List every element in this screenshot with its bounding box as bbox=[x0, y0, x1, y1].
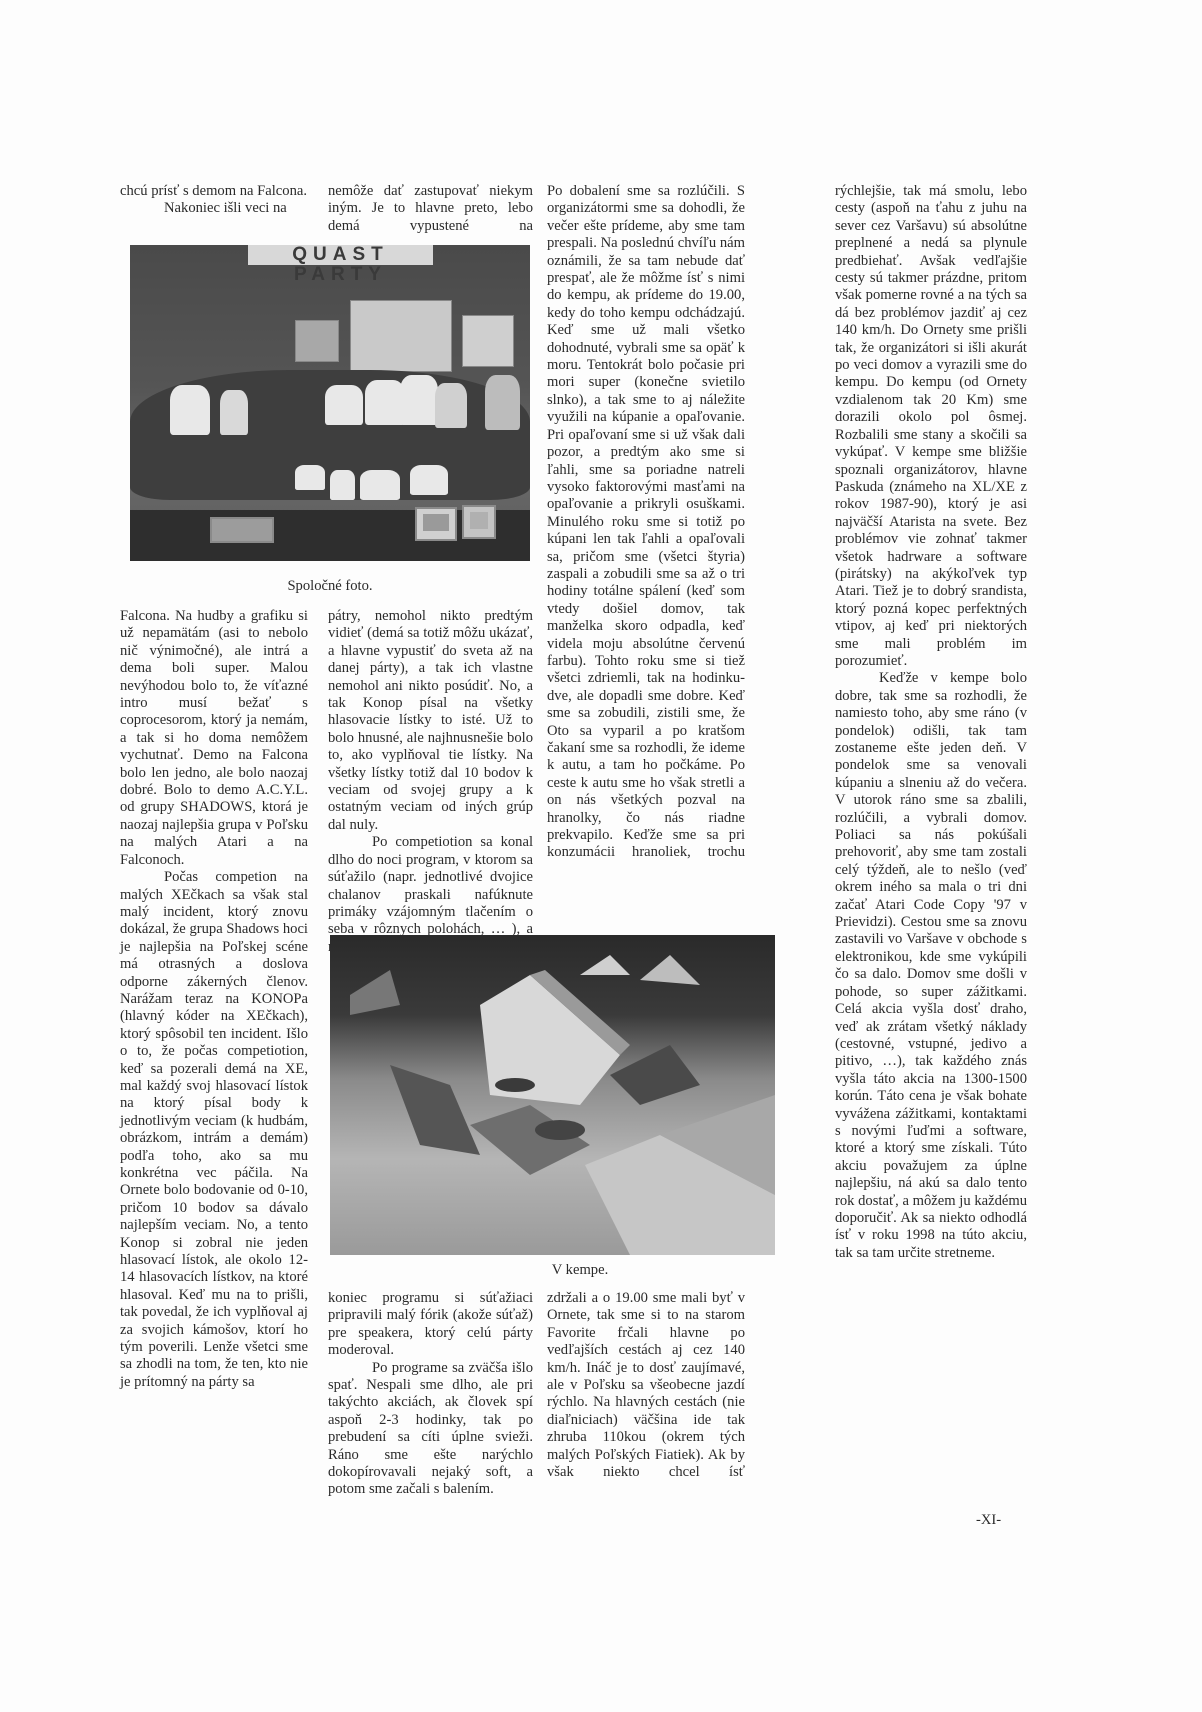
paragraph: chcú prísť s demom na Falcona. bbox=[120, 183, 308, 200]
poster bbox=[295, 320, 339, 362]
person-shirt bbox=[330, 470, 355, 500]
column-2-top: nemôže dať zastupovať niekym iným. Je to… bbox=[328, 183, 533, 235]
person-shirt bbox=[295, 465, 325, 490]
person-shirt bbox=[220, 390, 248, 435]
person-shirt bbox=[365, 380, 405, 425]
column-2-bottom: koniec programu si súťažiaci pripravili … bbox=[328, 1290, 533, 1499]
person-shirt bbox=[435, 383, 467, 428]
person-shirt bbox=[360, 470, 400, 500]
poster bbox=[462, 315, 514, 367]
person-shirt bbox=[170, 385, 210, 435]
person-shirt bbox=[485, 375, 520, 430]
computer-monitor bbox=[415, 507, 457, 541]
column-4: rýchlejšie, tak má smolu, lebo cesty (as… bbox=[835, 183, 1027, 1262]
photo-caption: Spoločné foto. bbox=[130, 578, 530, 595]
campsite-photo bbox=[330, 935, 775, 1255]
column-1: Falcona. Na hudby a grafiku si už nepamä… bbox=[120, 608, 308, 1391]
paragraph: Keďže v kempe bolo dobre, tak sme sa roz… bbox=[835, 670, 1027, 1262]
computer-equipment bbox=[210, 517, 274, 543]
paragraph: Po dobalení sme sa rozlúčili. S organizá… bbox=[547, 183, 745, 862]
paragraph: pátry, nemohol nikto predtým vidieť (dem… bbox=[328, 608, 533, 834]
paragraph: koniec programu si súťažiaci pripravili … bbox=[328, 1290, 533, 1360]
column-1-top: chcú prísť s demom na Falcona. Nakoniec … bbox=[120, 183, 308, 218]
group-photo: QUAST PARTY bbox=[130, 245, 530, 561]
paragraph: Falcona. Na hudby a grafiku si už nepamä… bbox=[120, 608, 308, 869]
person-shirt bbox=[400, 375, 438, 425]
paragraph: rýchlejšie, tak má smolu, lebo cesty (as… bbox=[835, 183, 1027, 670]
photo-caption: V kempe. bbox=[540, 1262, 620, 1279]
paragraph: Počas competion na malých XEčkach sa vša… bbox=[120, 869, 308, 1391]
column-3-bottom: zdržali a o 19.00 sme mali byť v Ornete,… bbox=[547, 1290, 745, 1481]
paragraph: zdržali a o 19.00 sme mali byť v Ornete,… bbox=[547, 1290, 745, 1481]
column-3: Po dobalení sme sa rozlúčili. S organizá… bbox=[547, 183, 745, 862]
person-shirt bbox=[410, 465, 448, 495]
poster bbox=[350, 300, 452, 372]
person-shirt bbox=[325, 385, 363, 425]
column-2: pátry, nemohol nikto predtým vidieť (dem… bbox=[328, 608, 533, 956]
tents-illustration bbox=[330, 935, 775, 1255]
page-number: -XI- bbox=[976, 1512, 1001, 1529]
party-banner: QUAST PARTY bbox=[248, 245, 433, 265]
computer-monitor bbox=[462, 505, 496, 539]
magazine-page: chcú prísť s demom na Falcona. Nakoniec … bbox=[0, 0, 1202, 1712]
paragraph: Nakoniec išli veci na bbox=[120, 200, 308, 217]
paragraph: Po programe sa zväčša išlo spať. Nespali… bbox=[328, 1360, 533, 1499]
paragraph: nemôže dať zastupovať niekym iným. Je to… bbox=[328, 183, 533, 235]
